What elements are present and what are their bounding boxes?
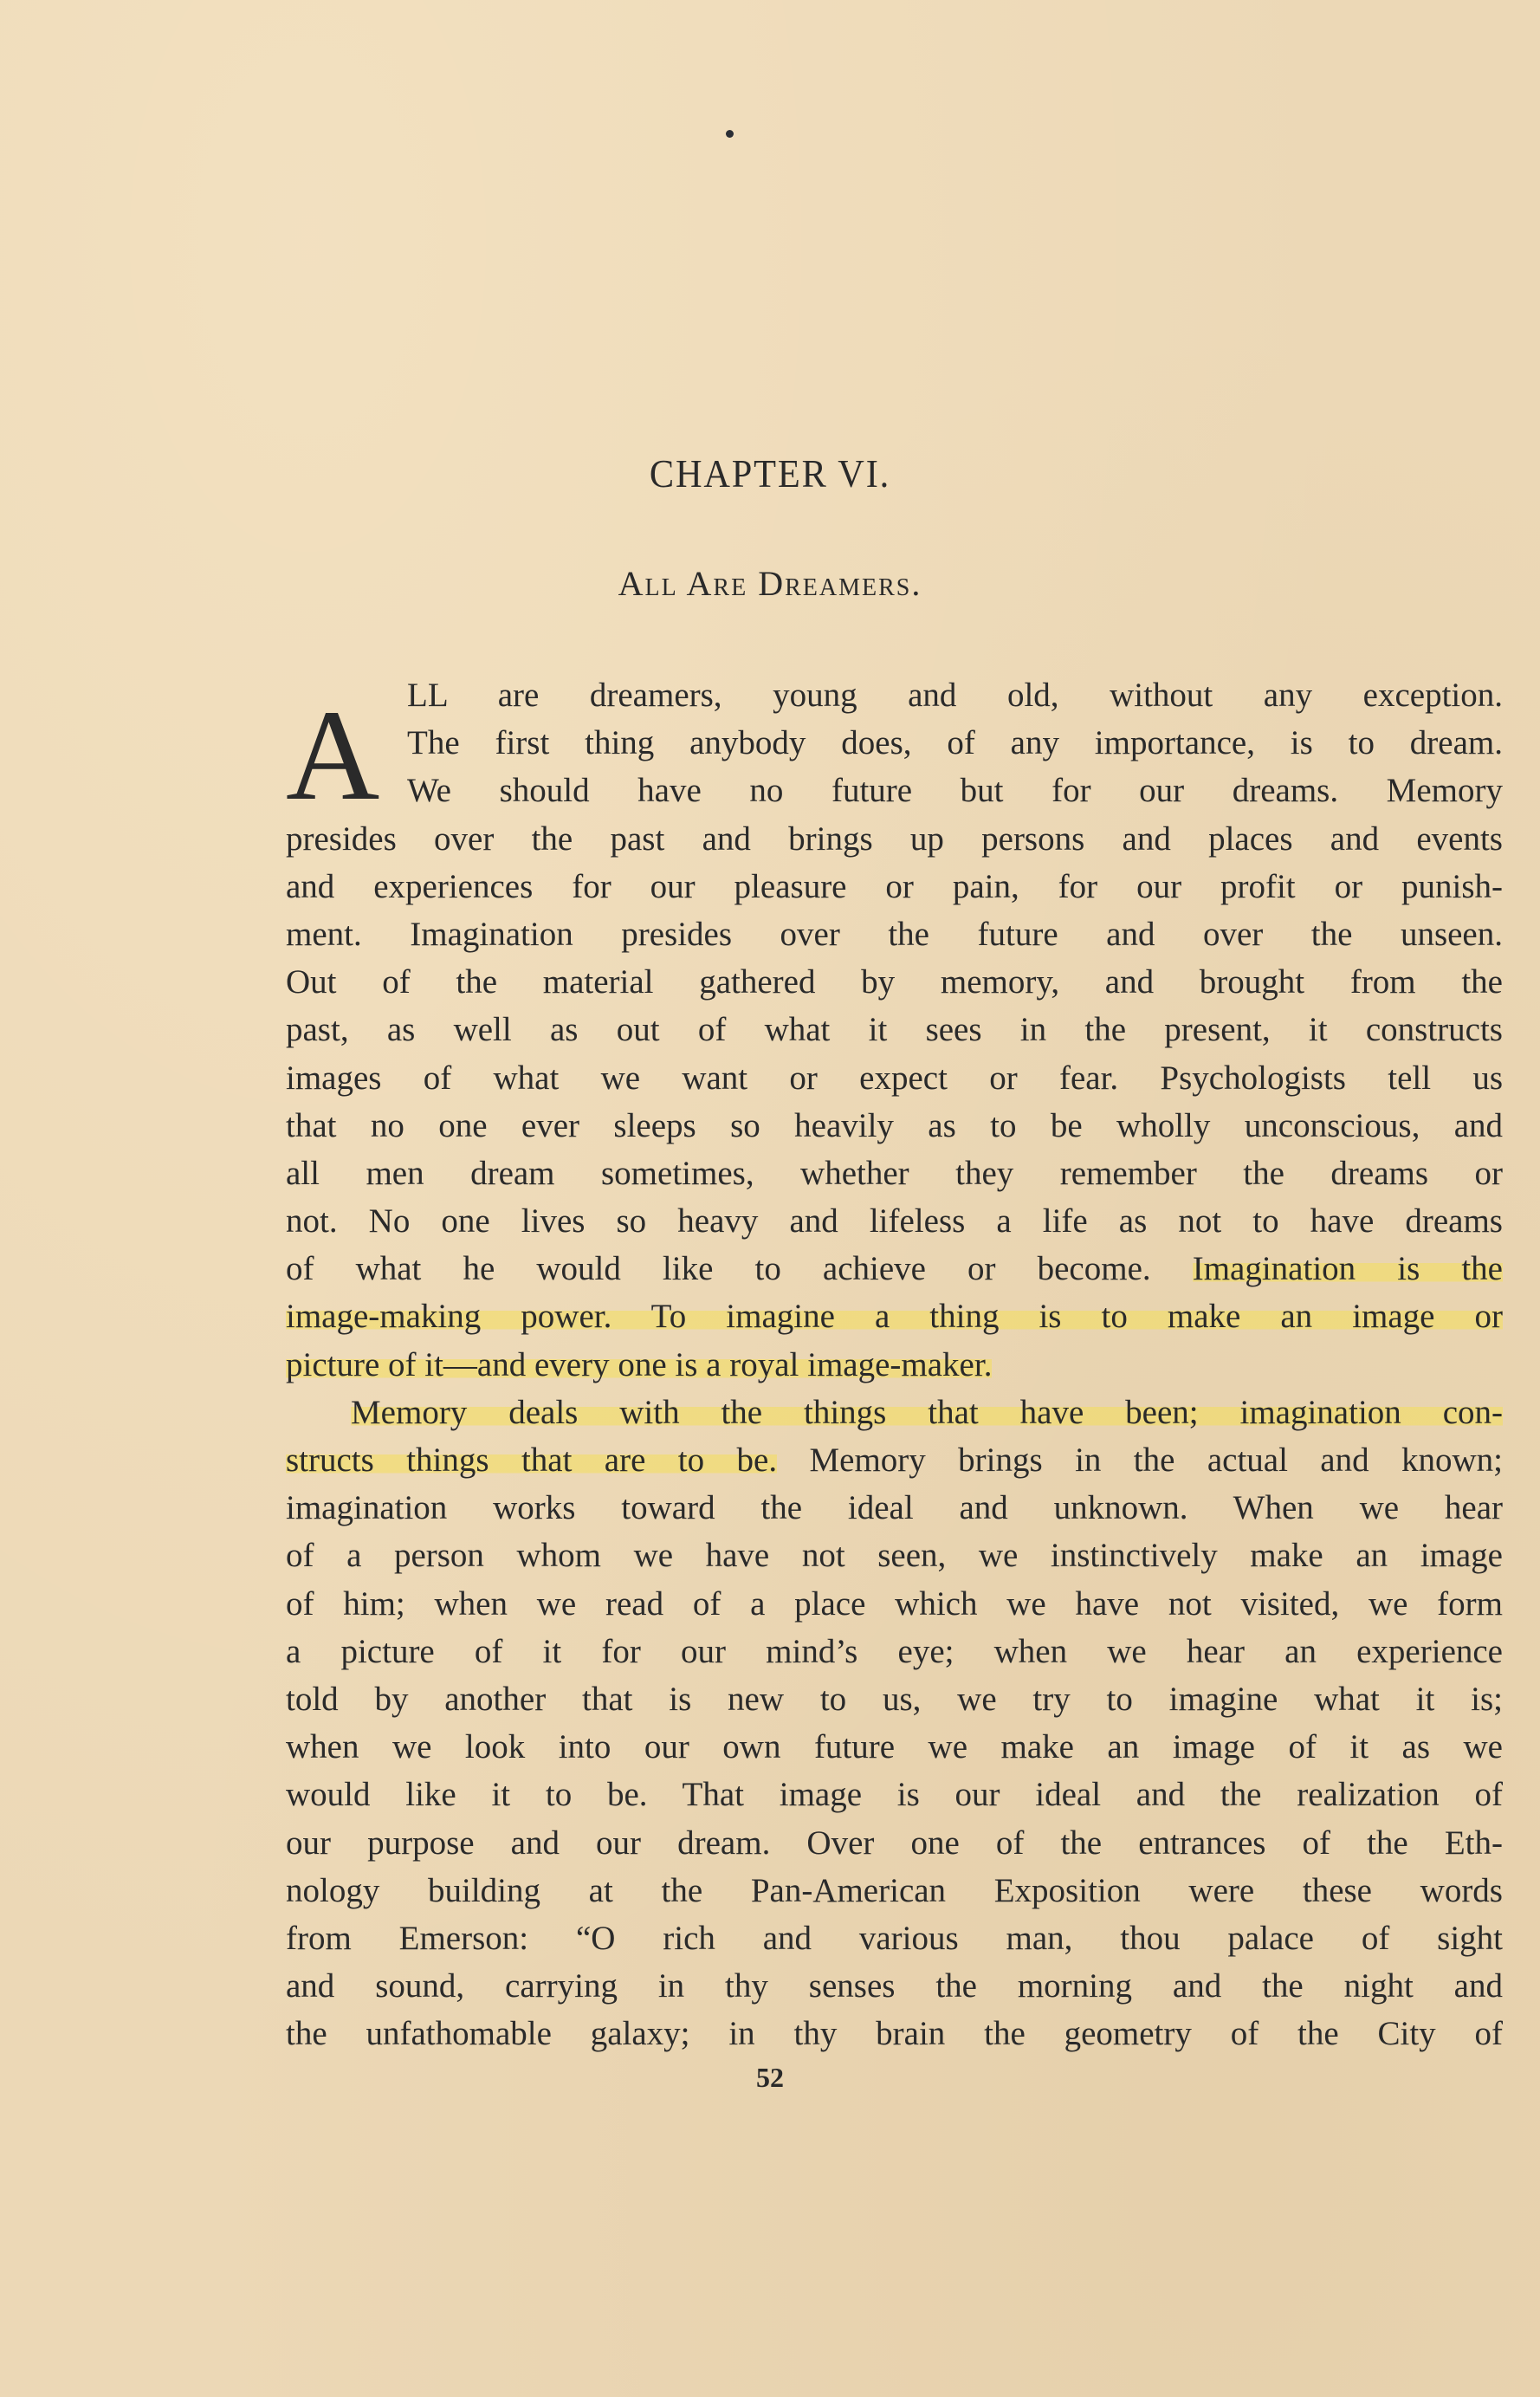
highlighted-text: structs things that are to be. (286, 1441, 777, 1479)
ink-speck (726, 130, 734, 138)
text-line: told by another that is new to us, we tr… (286, 1675, 1503, 1723)
text-line: that no one ever sleeps so heavily as to… (286, 1102, 1503, 1150)
text-line: of him; when we read of a place which we… (286, 1580, 1503, 1628)
text-line: of what he would like to achieve or beco… (286, 1245, 1503, 1292)
text-line: imagination works toward the ideal and u… (286, 1484, 1503, 1532)
highlighted-text: picture of it—and every one is a royal i… (286, 1346, 992, 1383)
text-line: past, as well as out of what it sees in … (286, 1006, 1503, 1053)
text-line: presides over the past and brings up per… (286, 815, 1503, 863)
text-line: of a person whom we have not seen, we in… (286, 1532, 1503, 1579)
text-line: a picture of it for our mind’s eye; when… (286, 1628, 1503, 1675)
text-line: our purpose and our dream. Over one of t… (286, 1819, 1503, 1867)
text-line: image-making power. To imagine a thing i… (286, 1292, 1503, 1340)
text-line: images of what we want or expect or fear… (286, 1054, 1503, 1102)
text-line: and sound, carrying in thy senses the mo… (286, 1962, 1503, 2010)
text-line: structs things that are to be. Memory br… (286, 1436, 1503, 1484)
chapter-title: CHAPTER VI. (61, 450, 1479, 496)
text-line: The first thing anybody does, of any imp… (286, 719, 1503, 767)
body-text: A LL are dreamers, young and old, withou… (286, 671, 1503, 2057)
text-line: all men dream sometimes, whether they re… (286, 1150, 1503, 1197)
highlighted-text: Imagination is the (1193, 1250, 1503, 1287)
page-number: 52 (0, 2062, 1540, 2094)
text-line: the unfathomable galaxy; in thy brain th… (286, 2010, 1503, 2057)
text-line: LL are dreamers, young and old, without … (286, 671, 1503, 719)
highlighted-text: image-making power. To imagine a thing i… (286, 1298, 1503, 1335)
text-line: not. No one lives so heavy and lifeless … (286, 1197, 1503, 1245)
drop-cap: A (286, 690, 379, 820)
chapter-subtitle: All Are Dreamers. (0, 563, 1540, 604)
text-line: ment. Imagination presides over the futu… (286, 910, 1503, 958)
text-line: when we look into our own future we make… (286, 1723, 1503, 1771)
text-line: would like it to be. That image is our i… (286, 1771, 1503, 1818)
text-line: Out of the material gathered by memory, … (286, 958, 1503, 1006)
text-line: Memory deals with the things that have b… (286, 1389, 1503, 1436)
text-line: from Emerson: “O rich and various man, t… (286, 1914, 1503, 1962)
text-line: picture of it—and every one is a royal i… (286, 1341, 1503, 1389)
text-line: nology building at the Pan-American Expo… (286, 1867, 1503, 1914)
highlighted-text: Memory deals with the things that have b… (351, 1394, 1503, 1431)
text-line: and experiences for our pleasure or pain… (286, 863, 1503, 910)
text-line: We should have no future but for our dre… (286, 767, 1503, 814)
